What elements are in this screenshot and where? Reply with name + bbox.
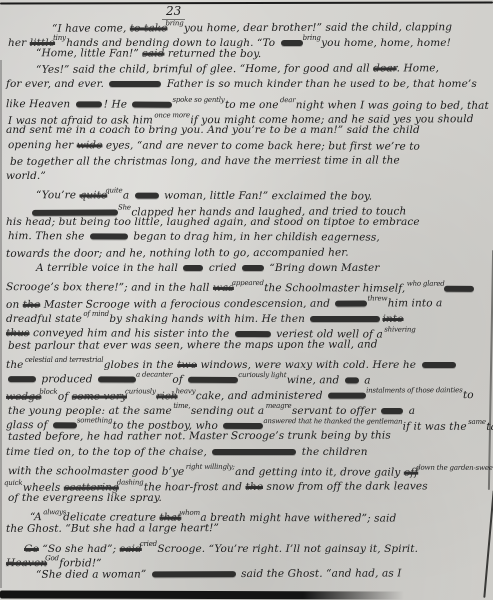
ink-blot xyxy=(8,376,36,382)
ink-blot xyxy=(328,392,366,398)
inserted-text: curiously light xyxy=(238,368,286,384)
struck-text: thus xyxy=(6,327,30,339)
inserted-text: spoke so gently xyxy=(172,92,224,108)
struck-text: wedge xyxy=(6,390,41,402)
manuscript-line: “Yes!” said the child, brimful of glee. … xyxy=(6,61,493,78)
manuscript-line: produced a decanter of curiously light w… xyxy=(6,367,493,384)
ink-blot xyxy=(310,316,380,322)
line-text: I was not afraid to ask him xyxy=(8,114,156,127)
line-text: if you might come home; and he said yes … xyxy=(187,113,474,126)
ink-blot xyxy=(152,571,236,577)
inserted-text: shivering xyxy=(384,323,415,339)
manuscript-line: “She died a woman” said the Ghost. “and … xyxy=(6,566,493,583)
manuscript-line: the celestial and terrestrial globes in … xyxy=(6,353,493,368)
line-text: “She died a woman” xyxy=(36,569,150,581)
ink-blot xyxy=(53,422,77,428)
struck-text: scattering xyxy=(64,482,119,494)
struck-text: said xyxy=(142,47,164,59)
ink-blot xyxy=(90,234,128,240)
line-text: him. Then she xyxy=(8,230,88,242)
manuscript-line: the Ghost. “But she had a large heart!” xyxy=(6,520,493,537)
line-text: cake, and administered xyxy=(192,389,326,402)
manuscript-line: tasted before, he had rather not. Master… xyxy=(6,429,493,446)
ink-blot xyxy=(183,265,203,271)
line-text: snow from off the dark leaves xyxy=(263,481,428,494)
ink-blot xyxy=(242,265,264,271)
ink-blot xyxy=(212,449,296,455)
line-text: the children xyxy=(298,446,367,458)
inserted-text: something xyxy=(77,413,112,429)
line-text: began to drag him, in her childish eager… xyxy=(130,231,380,244)
manuscript-line: A terrible voice in the hall cried “Brin… xyxy=(6,261,493,276)
ink-blot xyxy=(98,377,136,383)
line-text: the Ghost. “But she had a large heart!” xyxy=(6,522,219,535)
manuscript-line: towards the door; and he, nothing loth t… xyxy=(6,245,493,262)
manuscript-line: quick wheels scatteringdashing the hoar-… xyxy=(6,474,493,491)
ink-blot xyxy=(381,408,403,414)
manuscript-page: 23 “I have come, to takebring you home, … xyxy=(0,0,493,600)
manuscript-line: Scrooge’s box there!”; and in the hall w… xyxy=(6,275,493,292)
line-text: time tied on, to the top of the chaise, xyxy=(6,446,210,458)
line-text: A terrible voice in the hall xyxy=(36,262,181,274)
struck-text: dear xyxy=(373,62,397,74)
manuscript-line: I was not afraid to ask him once more if… xyxy=(6,107,493,124)
line-text: opening her xyxy=(8,139,77,151)
line-text: of xyxy=(54,390,71,402)
line-text: . Home, xyxy=(397,62,439,74)
manuscript-line: opening her wide eyes, “and are never to… xyxy=(6,138,493,155)
inserted-text: who glared xyxy=(407,277,445,293)
manuscript-line: world.” xyxy=(6,169,493,184)
line-text: “Yes!” said the child, brimful of glee. … xyxy=(36,62,373,75)
manuscript-line: on the Master Scrooge with a ferocious c… xyxy=(6,291,493,308)
ink-blot xyxy=(281,40,303,46)
line-text: towards the door; and he, nothing loth t… xyxy=(6,246,349,259)
line-text: be together all the christmas long, and … xyxy=(10,154,400,167)
line-text: “Bring down Master xyxy=(266,262,380,274)
ink-blot xyxy=(32,209,118,215)
page-top-edge xyxy=(0,1,493,4)
line-text: eyes, “and are never to come back here; … xyxy=(102,139,420,152)
struck-text: the xyxy=(245,481,263,493)
line-text: wheels xyxy=(19,482,63,494)
line-text: world.” xyxy=(6,170,46,182)
ink-blot xyxy=(235,331,271,337)
line-text: to xyxy=(459,389,473,401)
line-text: returned the boy. xyxy=(164,47,261,59)
line-text: “I have come, xyxy=(52,22,130,34)
inserted-text: celestial and terrestrial xyxy=(25,353,103,368)
line-text: the hoar-frost and xyxy=(140,481,245,493)
page-left-edge xyxy=(0,60,2,588)
manuscript-line: Go “So she had”; saidcried Scrooge. “You… xyxy=(6,537,493,552)
line-text: best parlour that ever was seen, where t… xyxy=(8,338,378,351)
ink-blot xyxy=(135,193,159,199)
line-text: tasted before, he had rather not. Master… xyxy=(8,430,391,443)
line-text: you home, dear brother!” said the child,… xyxy=(181,21,453,34)
ink-blot xyxy=(188,377,238,383)
manuscript-line: “Home, little Fan!” said returned the bo… xyxy=(6,46,493,63)
manuscript-line: for ever, and ever. Father is so much ki… xyxy=(6,77,493,92)
ink-blot xyxy=(335,300,367,306)
manuscript-line: She clapped her hands and laughed, and t… xyxy=(6,199,493,216)
inserted-text: once more xyxy=(154,108,190,124)
manuscript-line: “You’re quitequite a woman, little Fan!”… xyxy=(6,184,493,201)
ink-blot xyxy=(132,101,172,107)
inserted-text: a decanter xyxy=(136,368,172,384)
ink-blot xyxy=(76,101,102,107)
manuscript-line: “I have come, to takebring you home, dea… xyxy=(6,15,493,32)
ink-blot xyxy=(422,362,456,368)
line-text: on xyxy=(6,298,23,310)
line-text: Father is so much kinder than he used to… xyxy=(163,78,476,90)
manuscript-line: best parlour that ever was seen, where t… xyxy=(6,337,493,354)
ink-blot xyxy=(109,81,161,87)
page-bottom-edge xyxy=(0,590,404,599)
line-text: “Home, little Fan!” xyxy=(36,47,142,59)
manuscript-lines: “I have come, to takebring you home, dea… xyxy=(6,16,493,583)
line-text: clapped her hands and laughed, and tried… xyxy=(128,205,406,218)
struck-text: some very xyxy=(72,390,127,402)
struck-text: to take xyxy=(130,22,168,34)
struck-text: the xyxy=(23,298,41,310)
struck-text: wide xyxy=(77,139,103,151)
manuscript-line: like Heaven ! He spoke so gently to me o… xyxy=(6,92,493,109)
line-text: him into a xyxy=(384,297,442,309)
manuscript-line: wedgeblock of some verycuriously richhea… xyxy=(6,383,493,400)
line-text: said the Ghost. “and had, as I xyxy=(238,568,402,581)
struck-text: rich xyxy=(156,390,177,402)
manuscript-line: time tied on, to the top of the chaise, … xyxy=(6,445,493,460)
line-text: cried xyxy=(205,262,240,274)
line-text: Master Scrooge with a ferocious condesce… xyxy=(40,297,333,310)
manuscript-line: him. Then she began to drag him, in her … xyxy=(6,229,493,246)
inserted-text: right willingly; xyxy=(186,460,235,476)
inserted-text: curiously xyxy=(125,384,156,400)
inserted-text: instalments of those dainties xyxy=(366,383,462,399)
manuscript-line: be together all the christmas long, and … xyxy=(6,153,493,170)
inserted-text: appeared xyxy=(232,276,264,292)
line-text: for ever, and ever. xyxy=(6,78,107,90)
manuscript-line: thus conveyed him and his sister into th… xyxy=(6,321,493,338)
